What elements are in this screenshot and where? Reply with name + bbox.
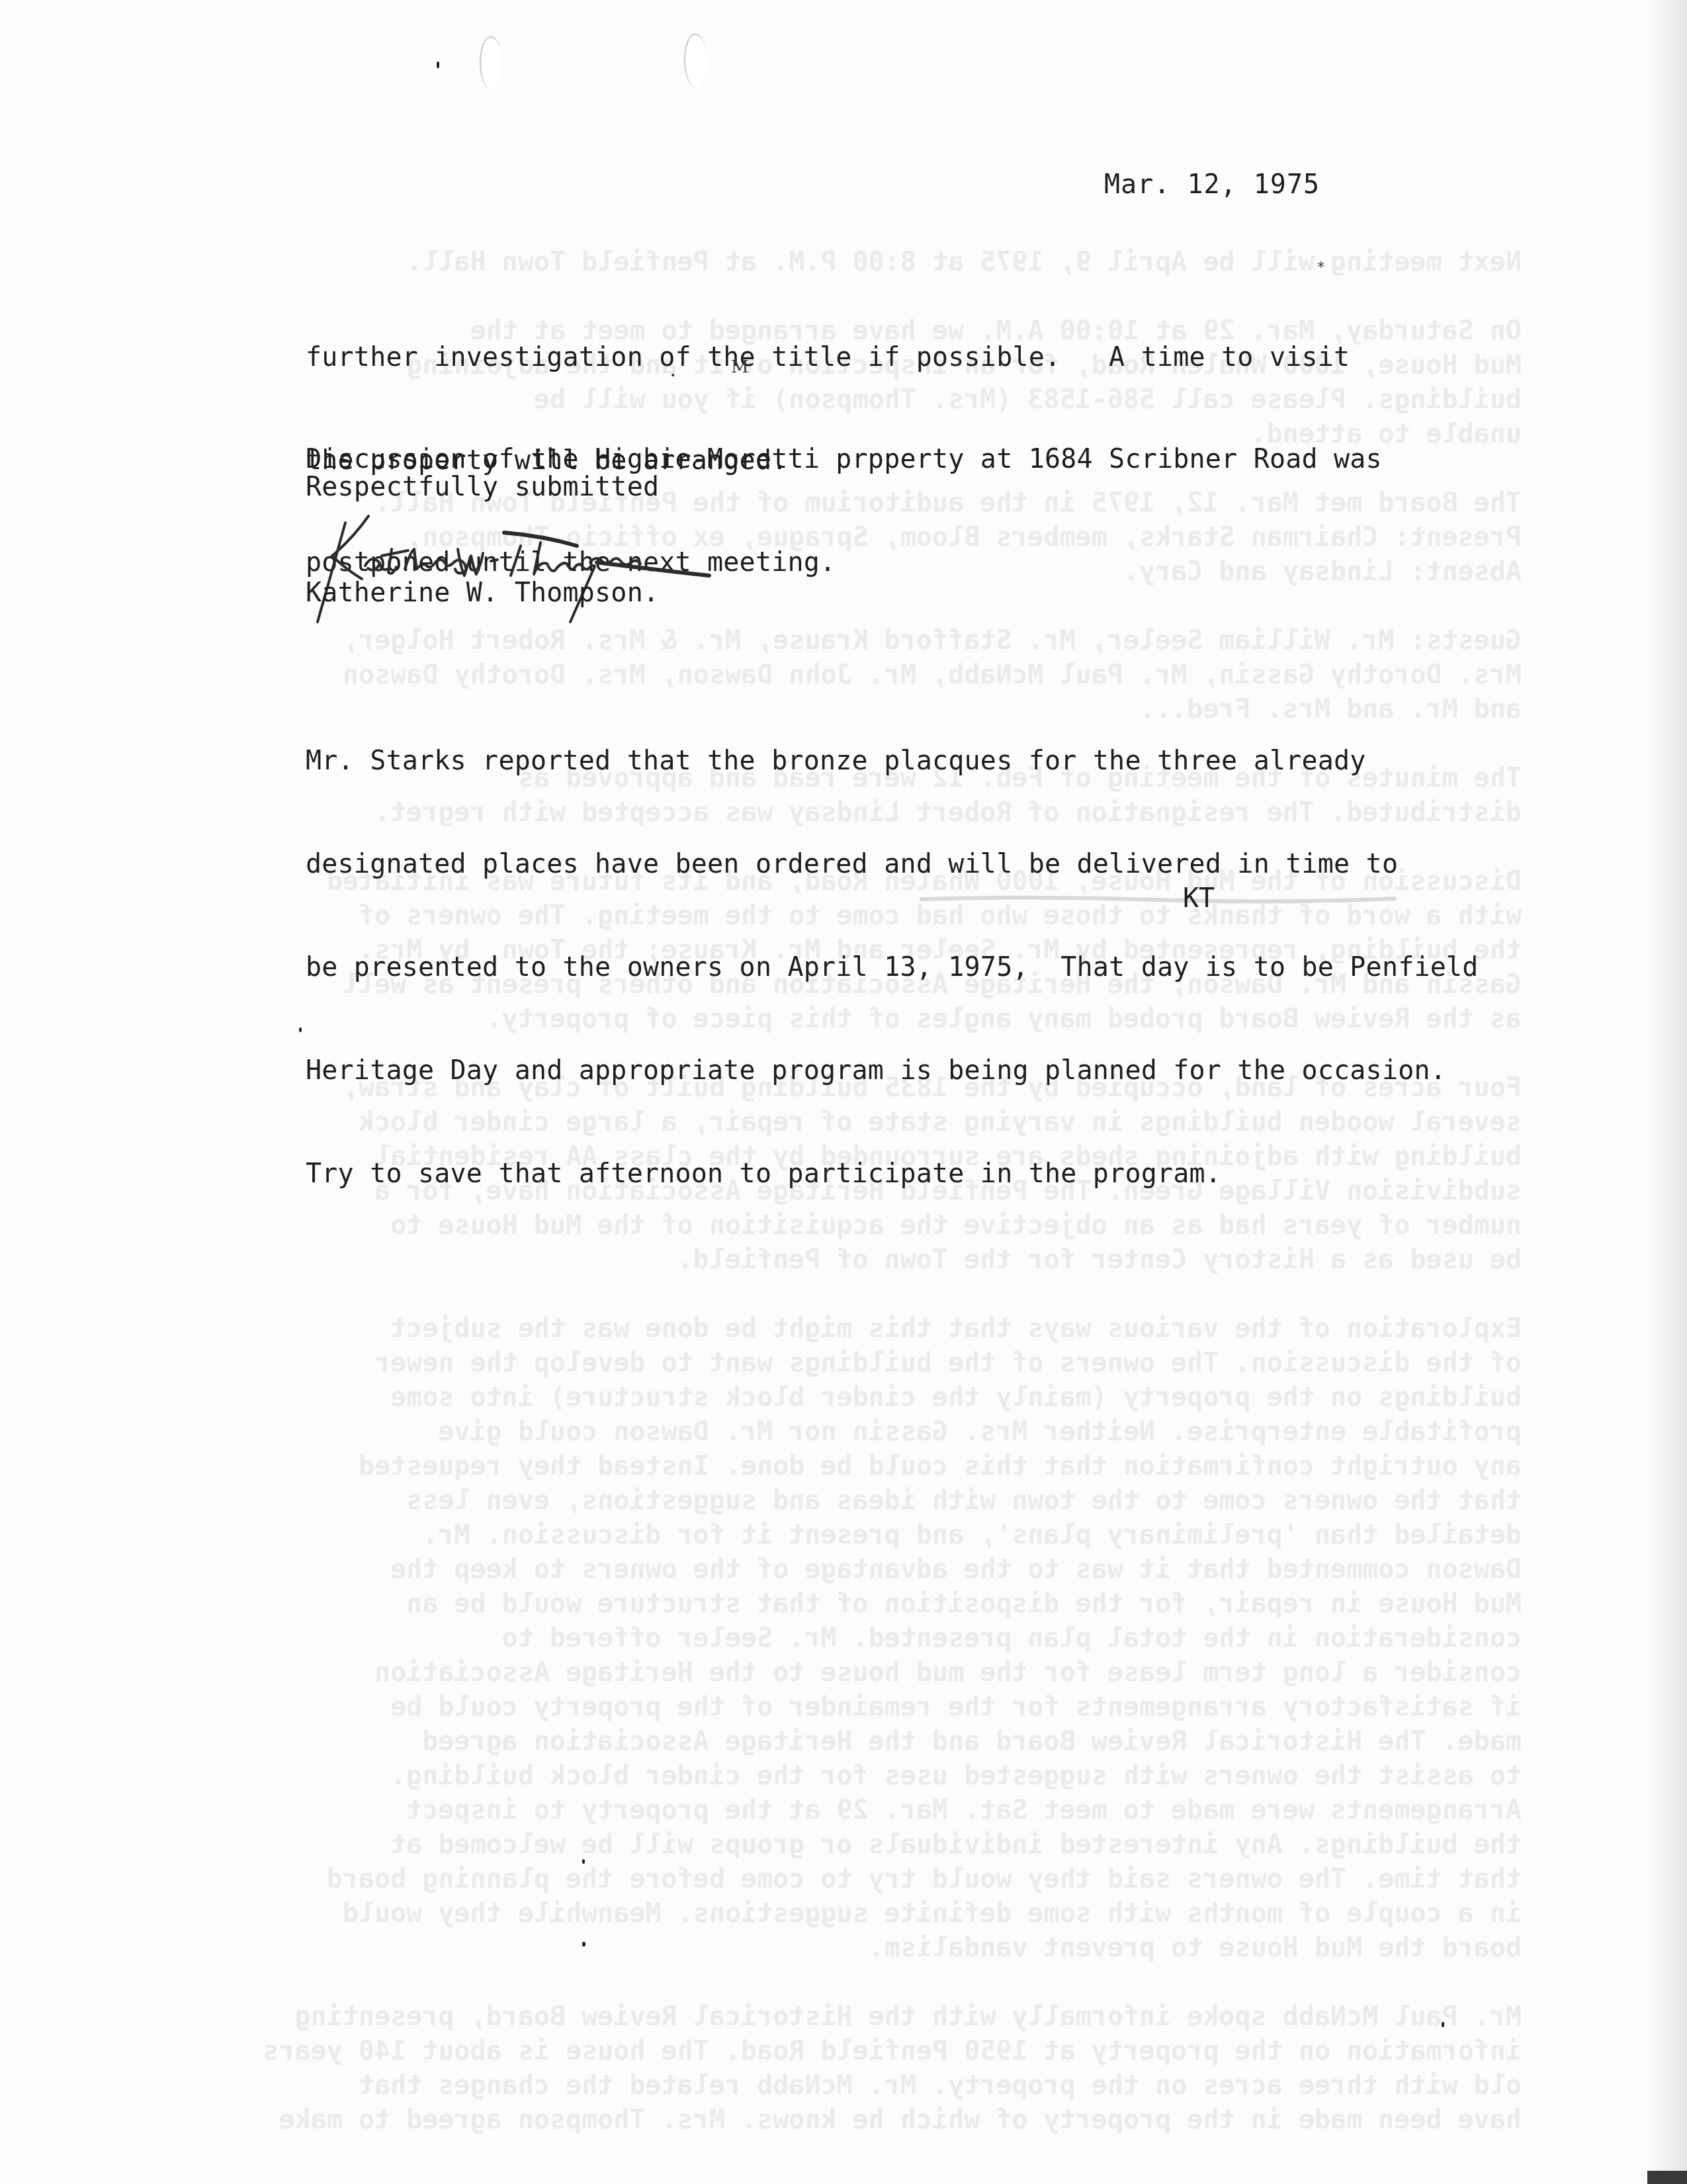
show-through-line: Arrangements were made to meet Sat. Mar.… [198,1793,1522,1827]
scan-speck [299,1027,302,1032]
show-through-line: of the discussion. The owners of the bui… [198,1346,1522,1380]
text-line: further investigation of the title if po… [306,340,1350,374]
show-through-line [198,1277,1522,1311]
scan-speck [437,62,439,68]
show-through-line: to assist the owners with suggested uses… [198,1759,1522,1793]
show-through-line: in a couple of months with some definite… [198,1896,1522,1931]
scan-speck [582,1942,585,1946]
closing-line: Respectfully submitted [306,470,659,504]
show-through-line: board the Mud House to prevent vandalism… [198,1931,1522,1965]
show-through-line: Dawson commented that it was to the adva… [198,1552,1522,1587]
scan-corner-artifact [1647,2171,1687,2184]
text-line: Mr. Starks reported that the bronze plac… [306,744,1479,778]
text-line: designated places have been ordered and … [306,847,1479,881]
show-through-line: made. The Historical Review Board and th… [198,1724,1522,1759]
show-through-line: consideration in the total plan presente… [198,1621,1522,1655]
show-through-line: detailed than 'preliminary plans', and p… [198,1518,1522,1552]
text-line: Try to save that afternoon to participat… [306,1157,1479,1191]
initials: KT [1183,883,1215,914]
signer-name: Katherine W. Thompson. [306,576,659,610]
insertion-dot: • [670,371,675,381]
show-through-line: old with three acres on the property. Mr… [198,2068,1522,2103]
show-through-line: Exploration of the various ways that thi… [198,1311,1522,1346]
show-through-line: that the owners come to the town with id… [198,1483,1522,1518]
show-through-line: consider a long term lease for the mud h… [198,1655,1522,1690]
handwritten-correction: M [731,357,749,377]
text-line: Heritage Day and appropriate program is … [306,1053,1479,1088]
text-line: be presented to the owners on April 13, … [306,950,1479,984]
scan-speck [582,1859,585,1864]
punch-hole-icon [480,36,502,89]
show-through-line [198,1965,1522,1999]
show-through-line: Mr. Paul McNabb spoke informally with th… [198,1999,1522,2034]
scan-speck [1442,2022,1444,2027]
smudge-line [920,895,1396,904]
show-through-line: the buildings. Any interested individual… [198,1827,1522,1862]
stray-mark: * [1317,259,1325,276]
show-through-line: that time. The owners said they would tr… [198,1862,1522,1896]
show-through-line: profitable enterprise. Neither Mrs. Gass… [198,1415,1522,1449]
show-through-line: information on the property at 1950 Penf… [198,2034,1522,2068]
show-through-line: have been made in the property of which … [198,2103,1522,2137]
scan-edge-shadow [1647,0,1687,2184]
show-through-line: any outright confirmation that this coul… [198,1449,1522,1483]
show-through-line: if satisfactory arrangements for the rem… [198,1690,1522,1724]
document-date: Mar. 12, 1975 [1104,169,1320,200]
punch-hole-icon [684,33,707,87]
handwritten-signature [306,509,1000,629]
document-page: Next meeting will be April 9, 1975 at 8:… [0,0,1687,2184]
paragraph-bronze-placques: Mr. Starks reported that the bronze plac… [306,675,1479,1260]
show-through-line: Mud House in repair, for the disposition… [198,1587,1522,1621]
show-through-line: buildings on the property (mainly the ci… [198,1380,1522,1415]
